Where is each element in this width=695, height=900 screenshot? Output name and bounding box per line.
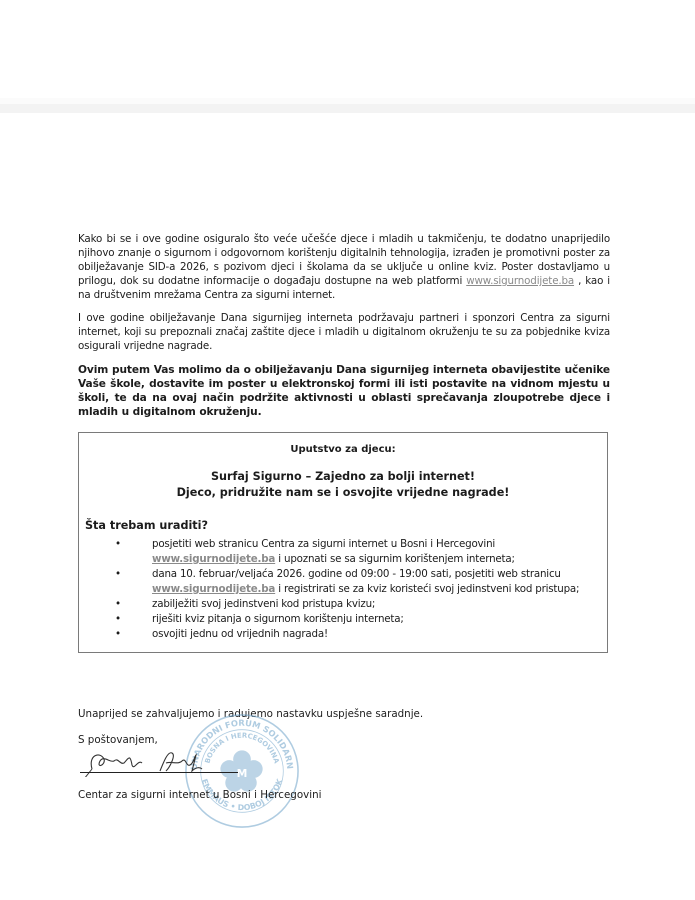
bullet-icon: • <box>115 612 121 627</box>
instructions-box: Uputstvo za djecu: Surfaj Sigurno – Zaje… <box>78 432 608 653</box>
bullet-icon: • <box>115 537 121 552</box>
slogan-line-2: Djeco, pridružite nam se i osvojite vrij… <box>79 485 607 501</box>
slogan-line-1: Surfaj Sigurno – Zajedno za bolji intern… <box>79 469 607 485</box>
bullet-icon: • <box>115 567 121 582</box>
step-text: riješiti kviz pitanja o sigurnom korište… <box>152 613 404 625</box>
step-text: posjetiti web stranicu Centra za sigurni… <box>152 538 495 550</box>
list-item: •posjetiti web stranicu Centra za sigurn… <box>152 537 602 567</box>
step-text-tail: i registrirati se za kviz koristeći svoj… <box>275 583 579 595</box>
step-text: zabilježiti svoj jedinstveni kod pristup… <box>152 598 375 610</box>
instructions-heading: Uputstvo za djecu: <box>79 443 607 457</box>
steps-list: •posjetiti web stranicu Centra za sigurn… <box>79 537 602 642</box>
list-item: •dana 10. februar/veljaća 2026. godine o… <box>152 567 602 597</box>
website-link[interactable]: www.sigurnodijete.ba <box>152 583 275 595</box>
step-text: dana 10. februar/veljaća 2026. godine od… <box>152 568 561 580</box>
list-item: •zabilježiti svoj jedinstveni kod pristu… <box>152 597 602 612</box>
step-text: osvojiti jednu od vrijednih nagrada! <box>152 628 328 640</box>
letter-body: Kako bi se i ove godine osiguralo što ve… <box>78 232 610 419</box>
paragraph-intro: Kako bi se i ove godine osiguralo što ve… <box>78 232 610 302</box>
organization-name: Centar za sigurni internet u Bosni i Her… <box>78 789 321 801</box>
paragraph-request: Ovim putem Vas molimo da o obilježavanju… <box>78 363 610 419</box>
paragraph-partners: I ove godine obilježavanje Dana sigurnij… <box>78 311 610 353</box>
list-item: •osvojiti jednu od vrijednih nagrada! <box>152 627 602 642</box>
list-item: •riješiti kviz pitanja o sigurnom korišt… <box>152 612 602 627</box>
bullet-icon: • <box>115 627 121 642</box>
website-link[interactable]: www.sigurnodijete.ba <box>466 275 574 287</box>
website-link[interactable]: www.sigurnodijete.ba <box>152 553 275 565</box>
step-text-tail: i upoznati se sa sigurnim korištenjem in… <box>275 553 515 565</box>
svg-text:M: M <box>237 767 248 780</box>
signature-line <box>80 772 238 773</box>
instructions-question: Šta trebam uraditi? <box>85 519 208 533</box>
bullet-icon: • <box>115 597 121 612</box>
instructions-slogan: Surfaj Sigurno – Zajedno za bolji intern… <box>79 469 607 501</box>
page-separator <box>0 104 695 113</box>
